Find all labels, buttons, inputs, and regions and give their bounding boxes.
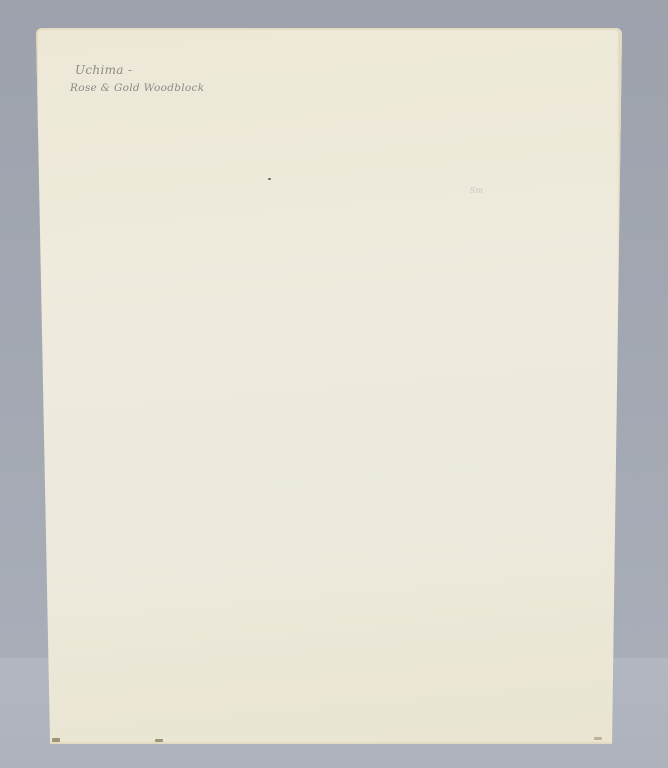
mounting-board	[36, 28, 622, 744]
speck-mark	[268, 178, 271, 180]
corner-wear-left	[52, 738, 60, 742]
faint-pencil-mark: Sm	[470, 186, 483, 195]
inscription-title: Rose & Gold Woodblock	[70, 82, 204, 94]
inscription-artist: Uchima -	[75, 63, 132, 77]
corner-wear-right	[594, 737, 602, 740]
edge-wear-bottom	[155, 739, 163, 742]
